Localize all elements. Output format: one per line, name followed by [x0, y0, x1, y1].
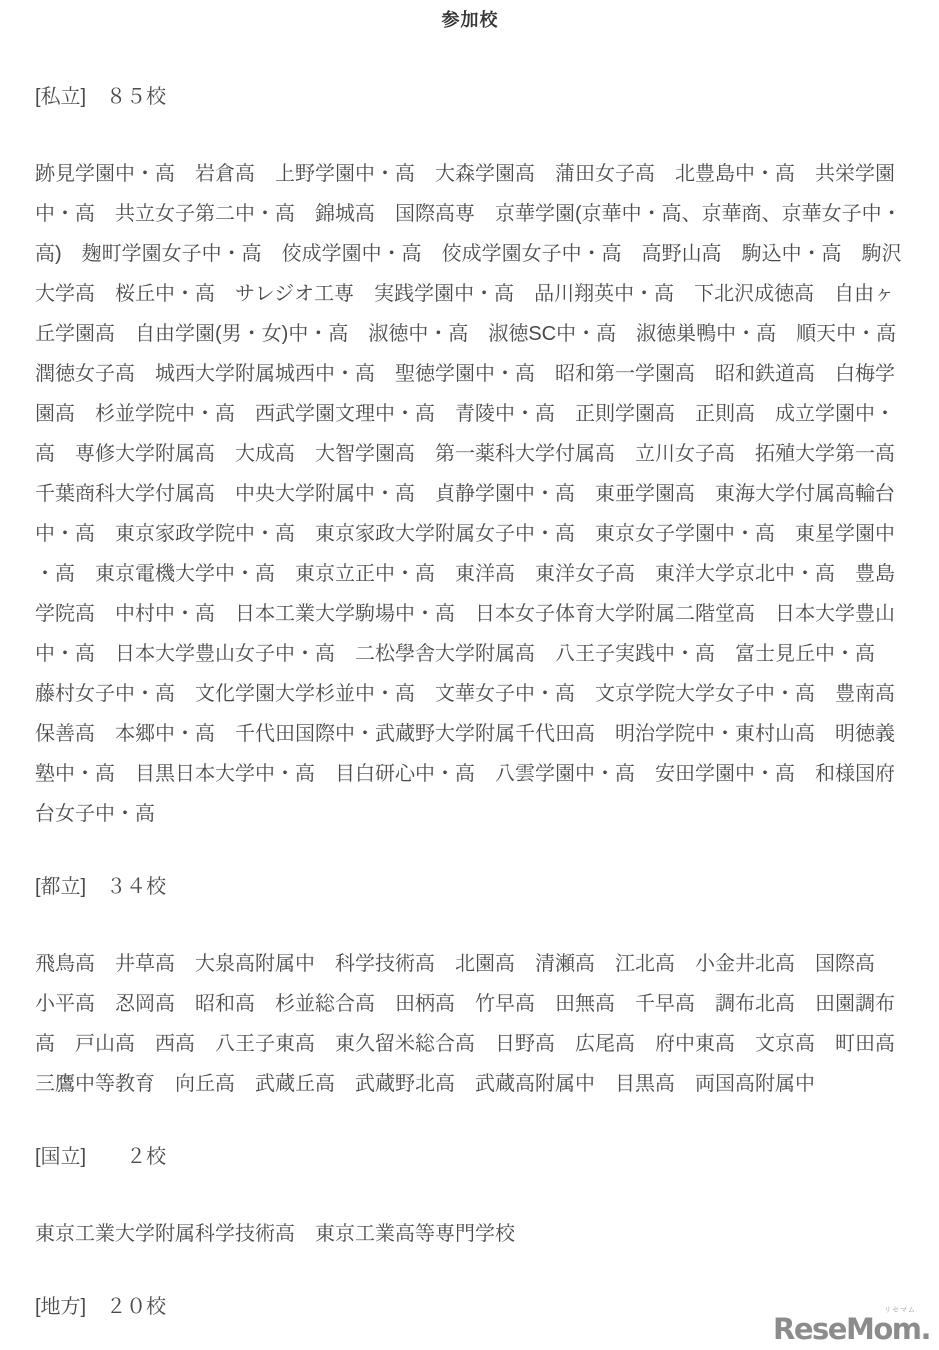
section-private: [私立] ８５校 跡見学園中・高 岩倉高 上野学園中・高 大森学園高 蒲田女子高… — [35, 77, 905, 834]
school-list-private: 跡見学園中・高 岩倉高 上野学園中・高 大森学園高 蒲田女子高 北豊島中・高 共… — [35, 154, 905, 834]
document-page: 参加校 [私立] ８５校 跡見学園中・高 岩倉高 上野学園中・高 大森学園高 蒲… — [0, 0, 939, 1327]
school-list-national: 東京工業大学附属科学技術高 東京工業高等専門学校 — [35, 1214, 905, 1254]
page-title: 参加校 — [35, 8, 905, 32]
section-heading-private: [私立] ８５校 — [35, 77, 905, 117]
school-list-metropolitan: 飛鳥高 井草高 大泉高附属中 科学技術高 北園高 清瀬高 江北高 小金井北高 国… — [35, 944, 905, 1104]
resemom-logo-text: ReseMom. — [773, 1312, 930, 1346]
resemom-logo: リセマム ReseMom. — [773, 1307, 930, 1344]
section-heading-national: [国立] ２校 — [35, 1137, 905, 1177]
section-heading-metropolitan: [都立] ３４校 — [35, 867, 905, 907]
section-national: [国立] ２校 東京工業大学附属科学技術高 東京工業高等専門学校 — [35, 1137, 905, 1254]
section-metropolitan: [都立] ３４校 飛鳥高 井草高 大泉高附属中 科学技術高 北園高 清瀬高 江北… — [35, 867, 905, 1104]
